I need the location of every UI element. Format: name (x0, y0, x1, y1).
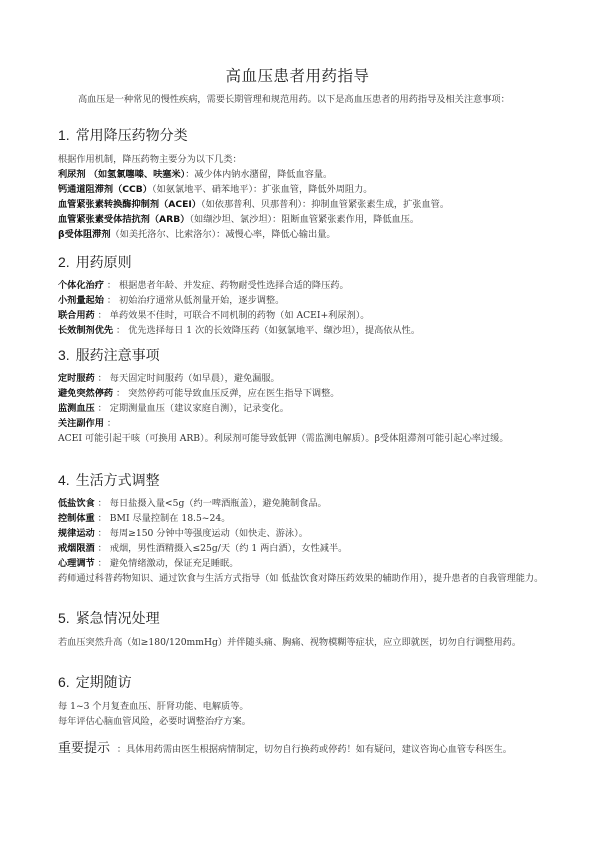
list-item: 关注副作用 ： (58, 416, 550, 431)
list-item: 低盐饮食 ： 每日盐摄入量<5g（约一啤酒瓶盖），避免腌制食品。 (58, 496, 550, 511)
section-4-heading: 4.生活方式调整 (58, 470, 160, 490)
important-note-label: 重要提示 (58, 741, 110, 756)
list-item: 避免突然停药 ： 突然停药可能导致血压反弹，应在医生指导下调整。 (58, 386, 550, 401)
section-5-heading: 5.紧急情况处理 (58, 608, 160, 628)
list-item: 血管紧张素转换酶抑制剂（ACEI）（如依那普利、贝那普利）：抑制血管紧张素生成，… (58, 197, 550, 212)
list-item: β受体阻滞剂（如美托洛尔、比索洛尔）：减慢心率，降低心输出量。 (58, 227, 550, 242)
intro-paragraph: 高血压是一种常见的慢性疾病，需要长期管理和规范用药。以下是高血压患者的用药指导及… (58, 92, 546, 107)
list-item: 钙通道阻滞剂（CCB）（如氨氯地平、硝苯地平）：扩张血管，降低外周阻力。 (58, 182, 550, 197)
list-item: 小剂量起始 ： 初始治疗通常从低剂量开始，逐步调整。 (58, 293, 550, 308)
document-title: 高血压患者用药指导 (0, 64, 595, 86)
list-item: 长效制剂优先 ： 优先选择每日 1 次的长效降压药（如氨氯地平、缬沙坦），提高依… (58, 323, 550, 338)
list-item: 个体化治疗 ： 根据患者年龄、并发症、药物耐受性选择合适的降压药。 (58, 278, 550, 293)
follow-up-line: 每 1~3 个月复查血压、肝肾功能、电解质等。 (58, 699, 550, 714)
section-2-heading: 2.用药原则 (58, 252, 132, 272)
list-item: 控制体重 ： BMI 尽量控制在 18.5~24。 (58, 511, 550, 526)
section-6-heading: 6.定期随访 (58, 672, 132, 692)
list-item: 联合用药 ： 单药效果不佳时，可联合不同机制的药物（如 ACEI+利尿剂）。 (58, 308, 550, 323)
list-item: 戒烟限酒 ： 戒烟，男性酒精摄入≤25g/天（约 1 两白酒），女性减半。 (58, 541, 550, 556)
section-1-heading: 1.常用降压药物分类 (58, 125, 188, 145)
section-1-lead: 根据作用机制，降压药物主要分为以下几类： (58, 152, 550, 167)
list-item: 心理调节 ： 避免情绪激动，保证充足睡眠。 (58, 556, 550, 571)
side-effects-paragraph: ACEI 可能引起干咳（可换用 ARB）。利尿剂可能导致低钾（需监测电解质）。β… (58, 431, 550, 446)
important-note: 重要提示 ：具体用药需由医生根据病情制定，切勿自行换药或停药！如有疑问，建议咨询… (58, 738, 550, 761)
section-5-body: 若血压突然升高（如≥180/120mmHg）并伴随头痛、胸痛、视物模糊等症状，应… (58, 635, 550, 650)
follow-up-line: 每年评估心脑血管风险，必要时调整治疗方案。 (58, 714, 550, 729)
list-item: 规律运动 ： 每周≥150 分钟中等强度运动（如快走、游泳）。 (58, 526, 550, 541)
list-item: 定时服药 ： 每天固定时间服药（如早晨），避免漏服。 (58, 371, 550, 386)
list-item: 利尿剂 （如氢氯噻嗪、呋塞米）：减少体内钠水潴留，降低血容量。 (58, 167, 550, 182)
list-item: 监测血压 ： 定期测量血压（建议家庭自测），记录变化。 (58, 401, 550, 416)
section-4-closing: 药师通过科普药物知识、通过饮食与生活方式指导（如 低盐饮食对降压药效果的辅助作用… (58, 571, 550, 586)
document-page: 高血压患者用药指导 高血压是一种常见的慢性疾病，需要长期管理和规范用药。以下是高… (0, 0, 595, 841)
section-3-heading: 3.服药注意事项 (58, 345, 160, 365)
list-item: 血管紧张素受体拮抗剂（ARB）（如缬沙坦、氯沙坦）：阻断血管紧张素作用，降低血压… (58, 212, 550, 227)
